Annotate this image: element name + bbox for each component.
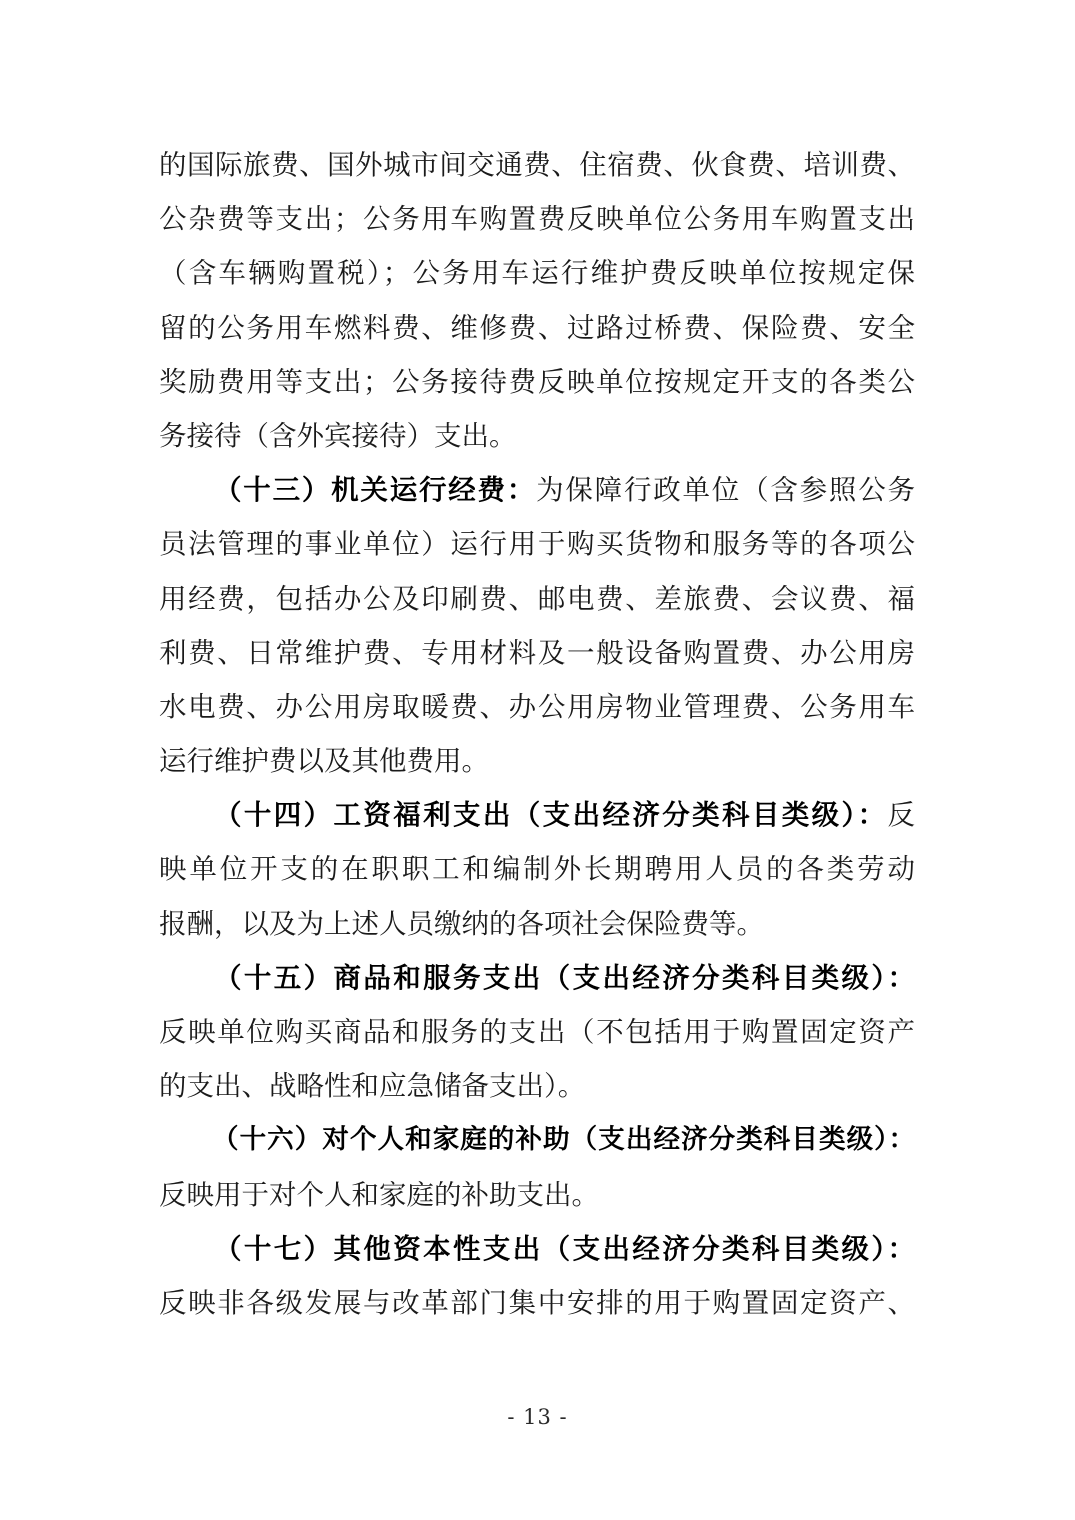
- body-text: （含车辆购置税）；公务用车运行维护费反映单位按规定保: [159, 257, 915, 289]
- body-text: 务接待（含外宾接待）支出。: [159, 420, 517, 452]
- body-text: 的国际旅费、国外城市间交通费、住宿费、伙食费、培训费、: [159, 149, 915, 181]
- text-block: 的国际旅费、国外城市间交通费、住宿费、伙食费、培训费、 公杂费等支出；公务用车购…: [159, 138, 915, 1330]
- section-heading: （十七）其他资本性支出（支出经济分类科目类级）：: [214, 1233, 915, 1265]
- body-text: 为保障行政单位（含参照公务: [536, 474, 915, 506]
- text-line: （十四）工资福利支出（支出经济分类科目类级）：反: [159, 788, 915, 842]
- text-line: 的支出、战略性和应急储备支出）。: [159, 1059, 915, 1113]
- paragraph-item-16: （十六）对个人和家庭的补助（支出经济分类科目类级）： 反映用于对个人和家庭的补助…: [159, 1113, 915, 1221]
- text-line: （十六）对个人和家庭的补助（支出经济分类科目类级）：: [159, 1113, 915, 1167]
- section-heading: （十六）对个人和家庭的补助（支出经济分类科目类级）：: [212, 1124, 915, 1155]
- page-number: - 13 -: [0, 1405, 1075, 1429]
- text-line: 水电费、办公用房取暖费、办公用房物业管理费、公务用车: [159, 680, 915, 734]
- text-line: 务接待（含外宾接待）支出。: [159, 409, 915, 463]
- paragraph-item-14: （十四）工资福利支出（支出经济分类科目类级）：反 映单位开支的在职职工和编制外长…: [159, 788, 915, 951]
- body-text: 留的公务用车燃料费、维修费、过路过桥费、保险费、安全: [159, 312, 915, 344]
- text-line: 反映非各级发展与改革部门集中安排的用于购置固定资产、: [159, 1276, 915, 1330]
- text-line: 的国际旅费、国外城市间交通费、住宿费、伙食费、培训费、: [159, 138, 915, 192]
- text-line: 留的公务用车燃料费、维修费、过路过桥费、保险费、安全: [159, 301, 915, 355]
- body-text: 映单位开支的在职职工和编制外长期聘用人员的各类劳动: [159, 853, 915, 885]
- body-text: 利费、日常维护费、专用材料及一般设备购置费、办公用房: [159, 637, 915, 669]
- text-line: 反映单位购买商品和服务的支出（不包括用于购置固定资产: [159, 1005, 915, 1059]
- body-text: 公杂费等支出；公务用车购置费反映单位公务用车购置支出: [159, 203, 915, 235]
- body-text: 的支出、战略性和应急储备支出）。: [159, 1070, 585, 1102]
- body-text: 员法管理的事业单位）运行用于购买货物和服务等的各项公: [159, 528, 915, 560]
- text-line: 映单位开支的在职职工和编制外长期聘用人员的各类劳动: [159, 842, 915, 896]
- text-line: 公杂费等支出；公务用车购置费反映单位公务用车购置支出: [159, 192, 915, 246]
- body-text: 反映用于对个人和家庭的补助支出。: [159, 1179, 599, 1211]
- paragraph-item-13: （十三）机关运行经费：为保障行政单位（含参照公务 员法管理的事业单位）运行用于购…: [159, 463, 915, 788]
- section-heading: （十五）商品和服务支出（支出经济分类科目类级）：: [214, 962, 915, 994]
- paragraph-item-17: （十七）其他资本性支出（支出经济分类科目类级）： 反映非各级发展与改革部门集中安…: [159, 1222, 915, 1330]
- section-heading: （十四）工资福利支出（支出经济分类科目类级）：: [214, 799, 888, 831]
- text-line: 用经费，包括办公及印刷费、邮电费、差旅费、会议费、福: [159, 572, 915, 626]
- text-line: 报酬，以及为上述人员缴纳的各项社会保险费等。: [159, 897, 915, 951]
- text-line: 反映用于对个人和家庭的补助支出。: [159, 1168, 915, 1222]
- text-line: 员法管理的事业单位）运行用于购买货物和服务等的各项公: [159, 517, 915, 571]
- body-text: 运行维护费以及其他费用。: [159, 745, 489, 777]
- document-page: 的国际旅费、国外城市间交通费、住宿费、伙食费、培训费、 公杂费等支出；公务用车购…: [0, 0, 1075, 1520]
- body-text: 奖励费用等支出；公务接待费反映单位按规定开支的各类公: [159, 366, 915, 398]
- paragraph-item-15: （十五）商品和服务支出（支出经济分类科目类级）： 反映单位购买商品和服务的支出（…: [159, 951, 915, 1114]
- paragraph-continuation: 的国际旅费、国外城市间交通费、住宿费、伙食费、培训费、 公杂费等支出；公务用车购…: [159, 138, 915, 463]
- body-text: 反映单位购买商品和服务的支出（不包括用于购置固定资产: [159, 1016, 915, 1048]
- text-line: 运行维护费以及其他费用。: [159, 734, 915, 788]
- text-line: （十七）其他资本性支出（支出经济分类科目类级）：: [159, 1222, 915, 1276]
- text-line: 奖励费用等支出；公务接待费反映单位按规定开支的各类公: [159, 355, 915, 409]
- body-text: 反映非各级发展与改革部门集中安排的用于购置固定资产、: [159, 1287, 915, 1319]
- text-line: （十五）商品和服务支出（支出经济分类科目类级）：: [159, 951, 915, 1005]
- body-text: 报酬，以及为上述人员缴纳的各项社会保险费等。: [159, 908, 764, 940]
- section-heading: （十三）机关运行经费：: [214, 474, 536, 506]
- body-text: 用经费，包括办公及印刷费、邮电费、差旅费、会议费、福: [159, 583, 915, 615]
- body-text: 反: [888, 799, 916, 831]
- text-line: （十三）机关运行经费：为保障行政单位（含参照公务: [159, 463, 915, 517]
- body-text: 水电费、办公用房取暖费、办公用房物业管理费、公务用车: [159, 691, 915, 723]
- text-line: 利费、日常维护费、专用材料及一般设备购置费、办公用房: [159, 626, 915, 680]
- text-line: （含车辆购置税）；公务用车运行维护费反映单位按规定保: [159, 246, 915, 300]
